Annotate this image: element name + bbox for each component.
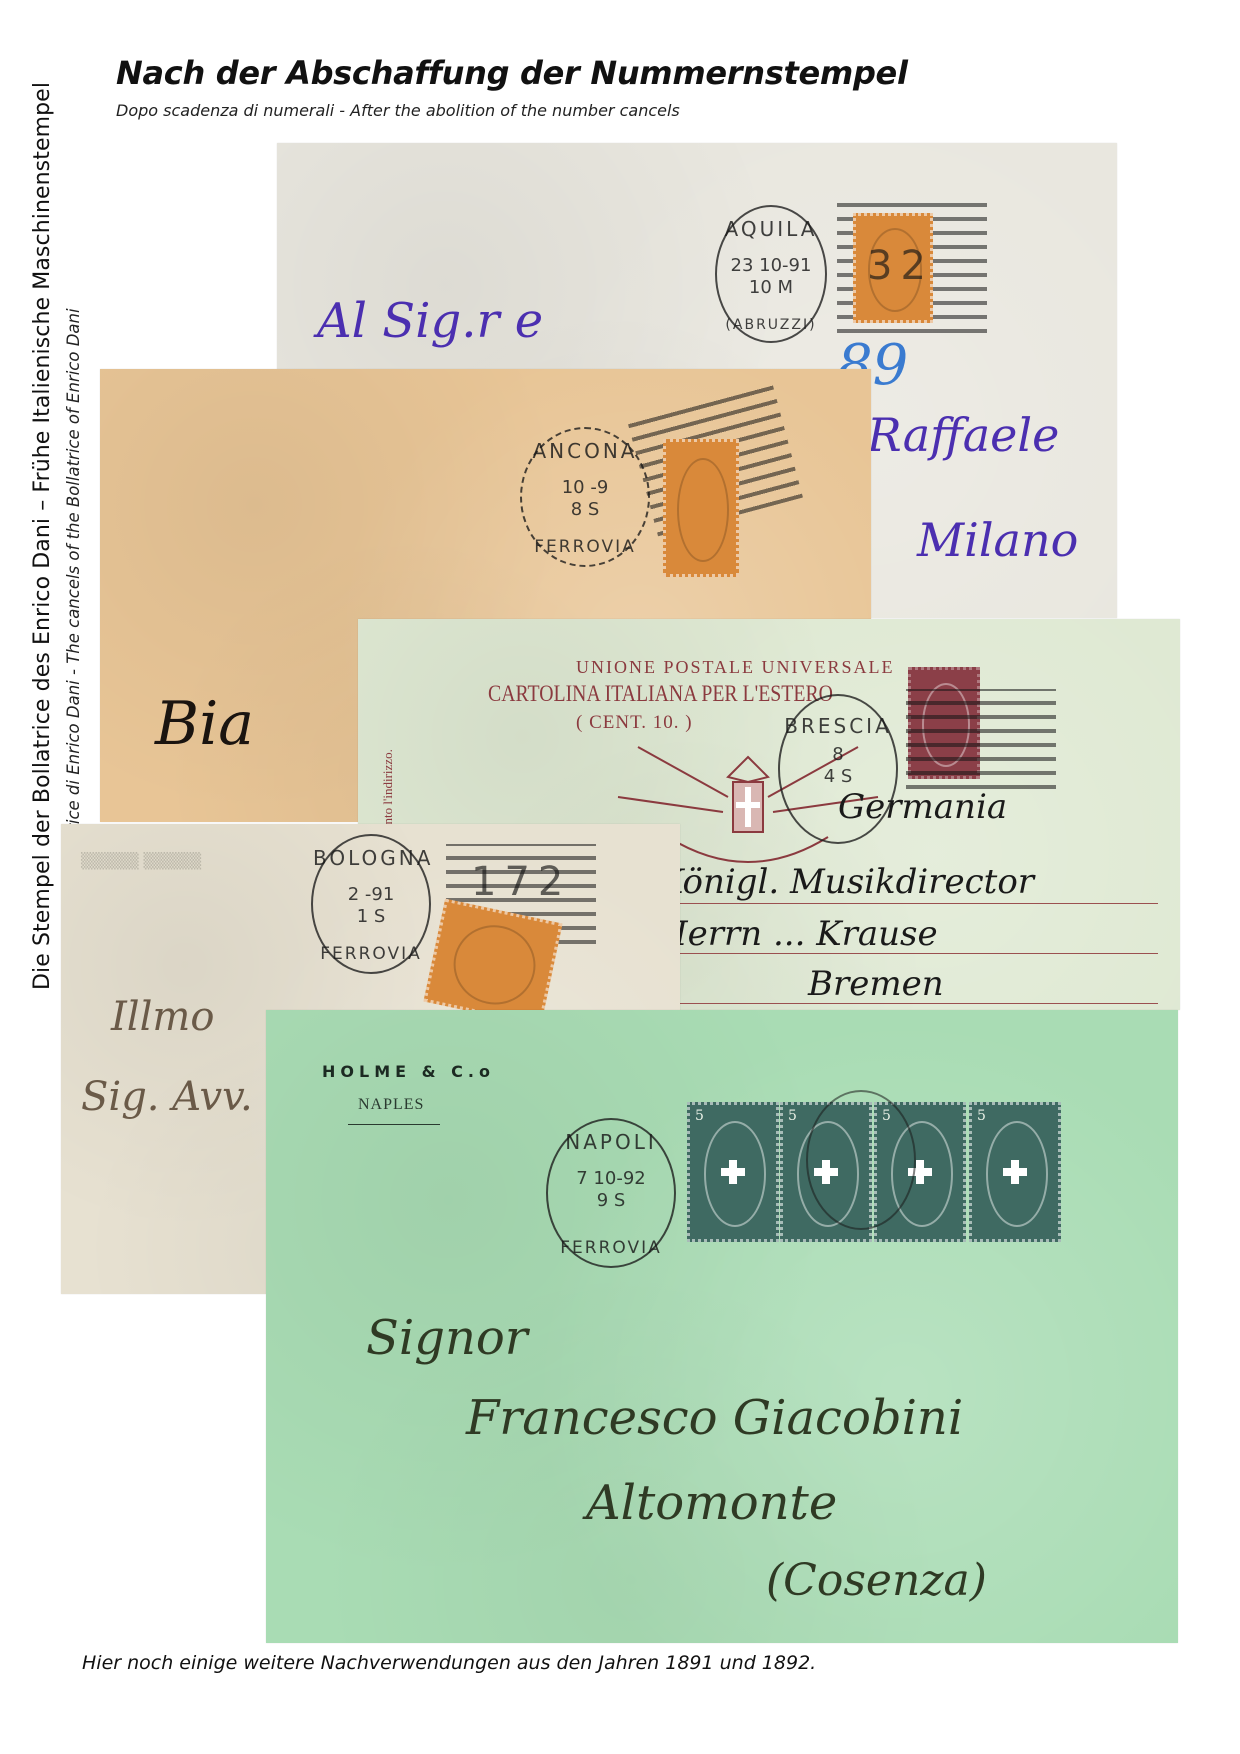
postmark-town: ANCONA [522,439,648,463]
stamp-portrait-oval [446,918,542,1012]
address-line: Herrn ... Krause [658,914,938,954]
postmark-region: (ABRUZZI) [717,317,825,333]
postmark-time-text: 10 M [749,277,793,298]
postmark-napoli: NAPOLI 7 10-92 9 S FERROVIA [546,1118,676,1268]
address-line: Raffaele [867,408,1059,462]
postmark-town: BRESCIA [780,714,896,738]
address-line: Signor [366,1310,528,1366]
address-line: Illmo [111,994,214,1040]
address-line: Al Sig.r e [317,293,543,349]
numeral-cancel: 32 [867,243,934,289]
postmark-town: NAPOLI [548,1130,674,1154]
side-title: Die Stempel der Bollatrice des Enrico Da… [30,30,55,990]
address-line: Bremen [808,964,944,1004]
address-line: Francesco Giacobini [466,1390,963,1446]
postmark-time-text: 4 S [824,766,853,787]
address-rule [598,903,1158,904]
numeral-cancel: 172 [471,859,571,905]
stamp-green-4: 5 [969,1102,1061,1242]
postmark-time-text: 9 S [597,1190,626,1211]
postmark-date-text: 10 -9 [562,477,609,498]
postmark-date-text: 8 [832,744,843,765]
card-heading-value: ( CENT. 10. ) [576,712,693,734]
postmark-date: 23 10-91 10 M [717,255,825,299]
postmark-bottom: FERROVIA [313,944,429,964]
postmark-date: 2 -91 1 S [313,884,429,928]
page-caption: Hier noch einige weitere Nachverwendunge… [82,1652,816,1674]
address-line: Bia [155,689,254,759]
postmark-time-text: 8 S [571,499,600,520]
postmark-date-text: 7 10-92 [576,1168,645,1189]
card-heading-title: CARTOLINA ITALIANA PER L'ESTERO [488,681,833,707]
postmark-napoli-second [806,1090,916,1230]
address-line: Milano [917,513,1078,567]
stamp-value: 5 [788,1108,797,1124]
address-line: (Cosenza) [766,1555,987,1606]
address-line: Königl. Musikdirector [658,862,1034,902]
letterhead-city: NAPLES [358,1096,424,1114]
stamp-green-1: 5 [687,1102,779,1242]
address-rule [598,1003,1158,1004]
postmark-bologna: BOLOGNA 2 -91 1 S FERROVIA [311,834,431,974]
savoy-cross-icon [1003,1160,1027,1184]
page-title: Nach der Abschaffung der Nummernstempel [116,54,908,92]
address-line: Sig. Avv. [81,1074,253,1120]
postmark-time-text: 1 S [357,906,386,927]
postmark-date-text: 23 10-91 [731,255,812,276]
postmark-date: 8 4 S [780,744,896,788]
postmark-bottom: FERROVIA [548,1238,674,1258]
address-line: Altomonte [586,1475,837,1531]
cover-napoli: HOLME & C.o NAPLES NAPOLI 7 10-92 9 S FE… [266,1010,1178,1643]
faint-offset-text: ▒▒▒▒▒ ▒▒▒▒▒ [81,852,201,870]
address-rule [598,953,1158,954]
page-subtitle: Dopo scadenza di numerali - After the ab… [116,101,680,120]
stamp-value: 5 [695,1108,704,1124]
postmark-bottom: FERROVIA [522,537,648,557]
postmark-town: BOLOGNA [313,846,429,870]
postmark-date: 10 -9 8 S [522,477,648,521]
postmark-town: AQUILA [717,217,825,241]
card-heading-upu: UNIONE POSTALE UNIVERSALE [576,657,895,678]
stamp-orange [663,439,739,577]
address-line: Germania [838,787,1007,827]
postmark-date: 7 10-92 9 S [548,1168,674,1212]
savoy-cross-icon [721,1160,745,1184]
postmark-aquila: AQUILA 23 10-91 10 M (ABRUZZI) [715,205,827,343]
stamp-portrait-oval [677,458,729,562]
letterhead-company: HOLME & C.o [322,1062,495,1081]
cancel-bars [906,689,1056,789]
letterhead-rule [348,1124,440,1125]
postmark-date-text: 2 -91 [348,884,395,905]
postmark-ancona: ANCONA 10 -9 8 S FERROVIA [520,427,650,567]
stamp-value: 5 [977,1108,986,1124]
